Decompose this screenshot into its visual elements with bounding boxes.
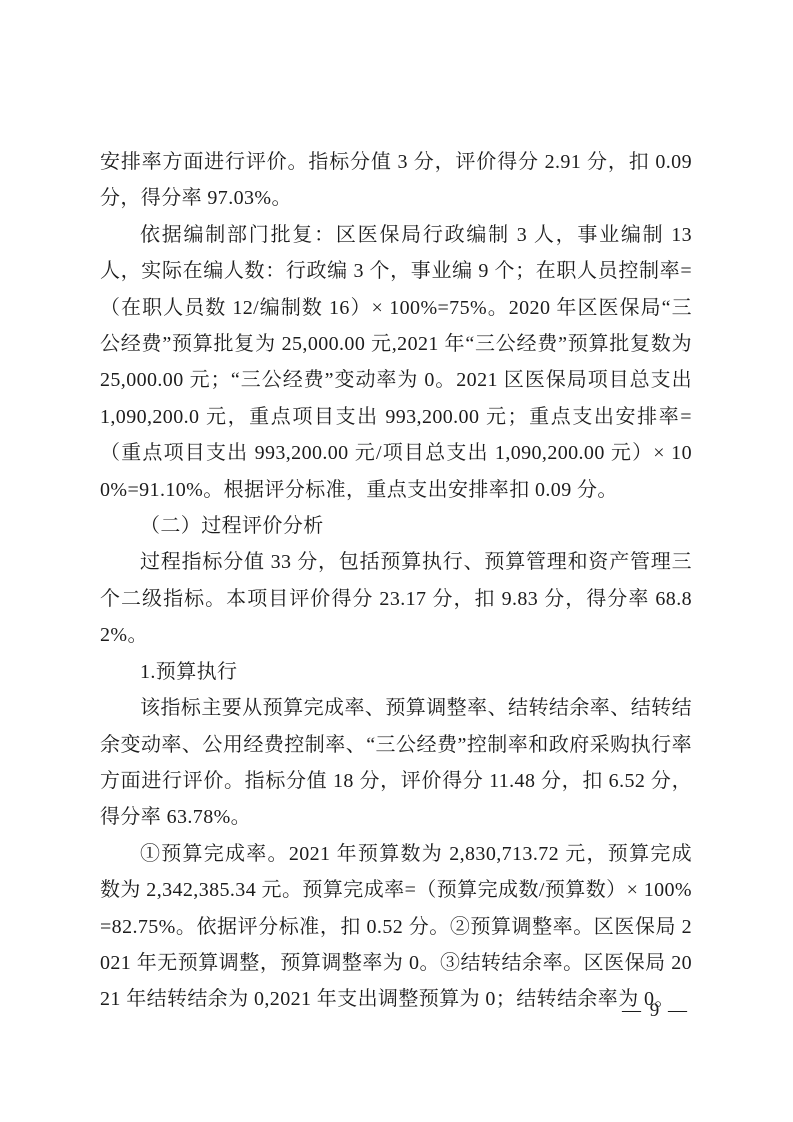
document-page: 安排率方面进行评价。指标分值 3 分，评价得分 2.91 分，扣 0.09 分，… [0, 0, 793, 1122]
paragraph: ①预算完成率。2021 年预算数为 2,830,713.72 元，预算完成数为 … [100, 836, 692, 1018]
paragraph: 过程指标分值 33 分，包括预算执行、预算管理和资产管理三个二级指标。本项目评价… [100, 544, 692, 653]
page-number: — 9 — [0, 1000, 793, 1022]
paragraph: 依据编制部门批复：区医保局行政编制 3 人，事业编制 13 人，实际在编人数：行… [100, 217, 692, 508]
paragraph: （二）过程评价分析 [100, 508, 692, 544]
paragraph: 该指标主要从预算完成率、预算调整率、结转结余率、结转结余变动率、公用经费控制率、… [100, 690, 692, 836]
document-body: 安排率方面进行评价。指标分值 3 分，评价得分 2.91 分，扣 0.09 分，… [100, 144, 692, 1018]
paragraph: 安排率方面进行评价。指标分值 3 分，评价得分 2.91 分，扣 0.09 分，… [100, 144, 692, 217]
paragraph: 1.预算执行 [100, 654, 692, 690]
